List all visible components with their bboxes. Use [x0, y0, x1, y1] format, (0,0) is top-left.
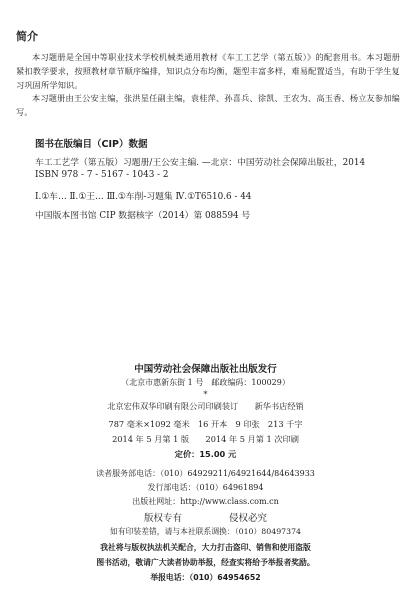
- infringement-notice: 侵权必究: [229, 513, 267, 524]
- intro-paragraph-2: 本习题册由王公安主编，张洪星任副主编，袁桂萍、孙喜兵、徐凯、王农为、高玉香、杨立…: [16, 91, 400, 119]
- cip-title: 图书在版编目（CIP）数据: [35, 136, 147, 150]
- distribution-phone: 发行部电话：（010）64961894: [0, 482, 411, 493]
- report-phone: 举报电话：（010）64954652: [0, 572, 411, 583]
- cip-line-record: 中国版本图书馆 CIP 数据核字（2014）第 088594 号: [35, 208, 250, 221]
- cip-line-classification: Ⅰ.①车… Ⅱ.①王… Ⅲ.①车削-习题集 Ⅳ.①T6510.6 - 44: [35, 189, 251, 202]
- anti-piracy-line-2: 图书活动，敬请广大读者协助举报，经查实将给予举报者奖励。: [0, 557, 411, 568]
- anti-piracy-line-1: 我社将与版权执法机关配合，大力打击盗印、销售和使用盗版: [0, 542, 411, 553]
- rights-reserved: 版权专有: [144, 513, 182, 524]
- publisher-address: （北京市惠新东街 1 号 邮政编码：100029）: [0, 377, 411, 388]
- publisher-line: 中国劳动社会保障出版社出版发行: [0, 361, 411, 375]
- intro-heading: 简介: [16, 28, 38, 44]
- intro-paragraph-1: 本习题册是全国中等职业技术学校机械类通用教材《车工工艺学（第五版）》的配套用书。…: [16, 50, 400, 92]
- swap-notice: 如有印装差错，请与本社联系调换：（010）80497374: [0, 526, 411, 537]
- publisher-website: 出版社网址：http://www.class.com.cn: [0, 496, 411, 507]
- separator-star: *: [0, 390, 411, 399]
- cip-line-isbn: ISBN 978 - 7 - 5167 - 1043 - 2: [35, 170, 168, 180]
- specs-line: 787 毫米×1092 毫米 16 开本 9 印张 213 千字: [0, 419, 411, 430]
- printer-line: 北京宏伟双华印刷有限公司印刷装订 新华书店经销: [0, 401, 411, 412]
- edition-line: 2014 年 5 月第 1 版 2014 年 5 月第 1 次印刷: [0, 434, 411, 445]
- cip-line-title: 车工工艺学（第五版）习题册/王公安主编. —北京：中国劳动社会保障出版社，201…: [35, 155, 365, 168]
- copyright-rights: 版权专有 侵权必究: [0, 510, 411, 524]
- price-line: 定价：15.00 元: [0, 449, 411, 460]
- reader-service-phone: 读者服务部电话：（010）64929211/64921644/84643933: [0, 468, 411, 479]
